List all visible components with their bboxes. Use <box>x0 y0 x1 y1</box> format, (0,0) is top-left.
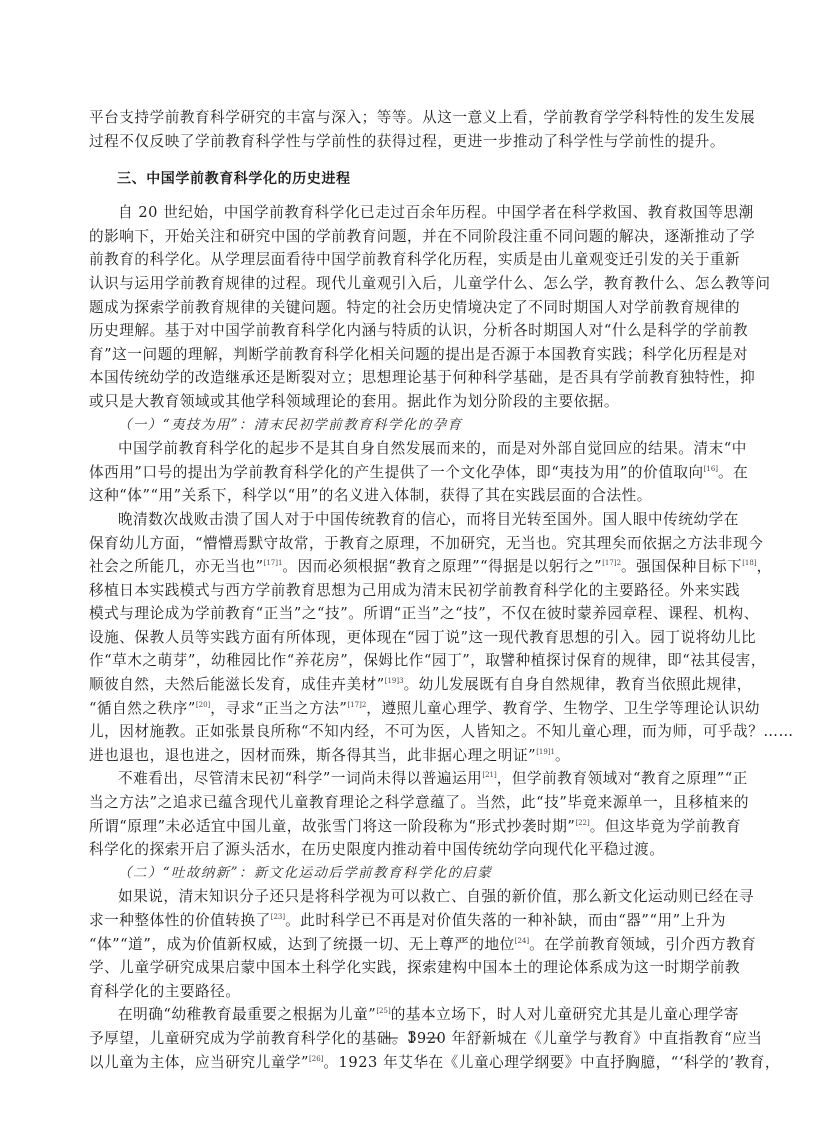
text-span: 。因而必须根据“教育之原理”“得据是以躬行之” <box>282 558 602 575</box>
text-span: “体”“道”，成为价值新权威，达到了统摄一切、无上尊严的地位 <box>89 936 515 953</box>
text-span: 。但这毕竟为学前教育 <box>590 818 741 835</box>
citation: [26] <box>309 1055 323 1063</box>
subsection-heading-1: （一）“夷技为用”：清末民初学前教育科学化的孕育 <box>89 414 739 438</box>
text-line: 这种“体”“用”关系下，科学以“用”的名义进入体制，获得了其在实践层面的合法性。 <box>89 484 739 508</box>
text-line: 过程不仅反映了学前教育科学性与学前性的获得过程，更进一步推动了科学性与学前性的提… <box>89 130 739 154</box>
text-span: “循自然之秩序” <box>89 700 196 717</box>
text-line: “循自然之秩序”[20]，寻求“正当之方法”[17]2，遵照儿童心理学、教育学、… <box>89 697 739 721</box>
citation: [17]1 <box>264 559 283 567</box>
text-span: 顺彼自然，夫然后能滋长发育，成佳卉美材” <box>89 676 385 693</box>
paragraph-5: 如果说，清末知识分子还只是将科学视为可以救亡、自强的新价值，那么新文化运动则已经… <box>89 885 739 1003</box>
text-span: 不难看出，尽管清末民初“科学”一词尚未得以普遍运用 <box>118 770 482 787</box>
text-line: 晚清数次战败击溃了国人对于中国传统教育的信心，而将目光转至国外。国人眼中传统幼学… <box>89 508 739 532</box>
text-span: 进也退也，退也进之，因材而殊，斯各得其当，此非据心理之明证” <box>89 747 536 764</box>
paragraph-3: 晚清数次战败击溃了国人对于中国传统教育的信心，而将目光转至国外。国人眼中传统幼学… <box>89 508 739 768</box>
text-line: 前教育的科学化。从学理层面看待中国学前教育科学化历程，实质是由儿童观变迁引发的关… <box>89 248 739 272</box>
text-line: 科学化的探索开启了源头活水，在历史限度内推动着中国传统幼学向现代化平稳过渡。 <box>89 838 739 862</box>
text-line: 顺彼自然，夫然后能滋长发育，成佳卉美材”[19]3。幼儿发展既有自身自然规律，教… <box>89 673 739 697</box>
citation: [19]3 <box>385 677 404 685</box>
citation: [19]1 <box>536 748 555 756</box>
text-line: 学、儿童学研究成果启蒙中国本土科学化实践，探索建构中国本土的理论体系成为这一时期… <box>89 956 739 980</box>
citation: [18] <box>742 559 756 567</box>
text-span: ，寻求“正当之方法” <box>210 700 347 717</box>
citation: [17]2 <box>347 701 366 709</box>
text-span: 。幼儿发展既有自身自然规律，教育当依照此规律， <box>404 676 752 693</box>
text-span: 的基本立场下，时人对儿童研究尤其是儿童心理学寄 <box>391 1006 739 1023</box>
text-span: 。强国保种目标下 <box>621 558 742 575</box>
page-number: — 3 — <box>0 1028 826 1046</box>
text-line: 育科学化的主要路径。 <box>89 980 739 1004</box>
text-span: 以儿童为主体，应当研究儿童学” <box>89 1054 309 1071</box>
text-line: 认识与运用学前教育规律的过程。现代儿童观引入后，儿童学什么、怎么学，教育教什么、… <box>89 272 739 296</box>
text-line: 平台支持学前教育科学研究的丰富与深入；等等。从这一意义上看，学前教育学学科特性的… <box>89 106 739 130</box>
text-line: 所谓“原理”未必适宜中国儿童，故张雪门将这一阶段称为“形式抄袭时期”[22]。但… <box>89 815 739 839</box>
paragraph-4: 不难看出，尽管清末民初“科学”一词尚未得以普遍运用[21]，但学前教育领域对“教… <box>89 767 739 861</box>
text-line: 以儿童为主体，应当研究儿童学”[26]。1923 年艾华在《儿童心理学纲要》中直… <box>89 1051 739 1075</box>
text-line: 如果说，清末知识分子还只是将科学视为可以救亡、自强的新价值，那么新文化运动则已经… <box>89 885 739 909</box>
citation: [21] <box>482 771 496 779</box>
citation: [17]2 <box>602 559 621 567</box>
paragraph-2: 中国学前教育科学化的起步不是其自身自然发展而来的，而是对外部自觉回应的结果。清末… <box>89 437 739 508</box>
text-line: 保育幼儿方面，“懵懵焉默守故常，于教育之原理，不加研究，无当也。究其理矣而依据之… <box>89 532 739 556</box>
text-line: 求一种整体性的价值转换了[23]。此时科学已不再是对价值失落的一种补缺，而由“器… <box>89 909 739 933</box>
text-line: 或只是大教育领域或其他学科领域理论的套用。据此作为划分阶段的主要依据。 <box>89 390 739 414</box>
text-line: 进也退也，退也进之，因材而殊，斯各得其当，此非据心理之明证”[19]1。 <box>89 744 739 768</box>
text-span: 体西用”口号的提出为学前教育科学化的产生提供了一个文化孕体，即“夷技为用”的价值… <box>89 464 704 481</box>
text-line: 本国传统幼学的改造继承还是断裂对立；思想理论基于何种科学基础，是否具有学前教育独… <box>89 366 739 390</box>
text-line: 在明确“幼稚教育最重要之根据为儿童”[25]的基本立场下，时人对儿童研究尤其是儿… <box>89 1003 739 1027</box>
text-span: ， <box>757 558 772 575</box>
document-page: 平台支持学前教育科学研究的丰富与深入；等等。从这一意义上看，学前教育学学科特性的… <box>89 106 739 1074</box>
paragraph-1: 自 20 世纪始，中国学前教育科学化已走过百余年历程。中国学者在科学救国、教育救… <box>89 201 739 413</box>
text-line: 育”这一问题的理解，判断学前教育科学化相关问题的提出是否源于本国教育实践；科学化… <box>89 343 739 367</box>
text-line: 体西用”口号的提出为学前教育科学化的产生提供了一个文化孕体，即“夷技为用”的价值… <box>89 461 739 485</box>
text-line: 设施、保教人员等实践方面有所体现，更体现在“园丁说”这一现代教育思想的引入。园丁… <box>89 626 739 650</box>
text-line: 作“草木之萌芽”，幼稚园比作“养花房”，保姆比作“园丁”，取譬种植探讨保育的规律… <box>89 649 739 673</box>
text-span: 。在学前教育领域，引介西方教育 <box>529 936 756 953</box>
citation: [23] <box>271 913 285 921</box>
text-line: 题成为探索学前教育规律的关键问题。特定的社会历史情境决定了不同时期国人对学前教育… <box>89 296 739 320</box>
text-line: 当之方法”之追求已蕴含现代儿童教育理论之科学意蕴了。当然，此“技”毕竟来源单一，… <box>89 791 739 815</box>
text-line: 的影响下，开始关注和研究中国的学前教育问题，并在不同阶段注重不同问题的解决，逐渐… <box>89 225 739 249</box>
citation: [16] <box>704 465 718 473</box>
text-span: 。1923 年艾华在《儿童心理学纲要》中直抒胸臆，“‘科学的’教育， <box>323 1054 780 1071</box>
section-heading: 三、中国学前教育科学化的历史进程 <box>89 167 739 191</box>
text-span: 。 <box>555 747 570 764</box>
intro-paragraph: 平台支持学前教育科学研究的丰富与深入；等等。从这一意义上看，学前教育学学科特性的… <box>89 106 739 153</box>
text-span: 社会之所能几，亦无当也” <box>89 558 264 575</box>
subsection-heading-2: （二）“吐故纳新”：新文化运动后学前教育科学化的启蒙 <box>89 862 739 886</box>
text-line: 不难看出，尽管清末民初“科学”一词尚未得以普遍运用[21]，但学前教育领域对“教… <box>89 767 739 791</box>
text-span: 。此时科学已不再是对价值失落的一种补缺，而由“器”“用”上升为 <box>285 912 726 929</box>
text-span: ，但学前教育领域对“教育之原理”“正 <box>497 770 748 787</box>
text-line: 移植日本实践模式与西方学前教育思想为己用成为清末民初学前教育科学化的主要路径。外… <box>89 579 739 603</box>
citation: [22] <box>575 819 589 827</box>
text-line: 自 20 世纪始，中国学前教育科学化已走过百余年历程。中国学者在科学救国、教育救… <box>89 201 739 225</box>
text-line: 模式与理论成为学前教育“正当”之“技”。所谓“正当”之“技”，不仅在彼时蒙养园章… <box>89 602 739 626</box>
text-span: 所谓“原理”未必适宜中国儿童，故张雪门将这一阶段称为“形式抄袭时期” <box>89 818 575 835</box>
text-line: “体”“道”，成为价值新权威，达到了统摄一切、无上尊严的地位[24]。在学前教育… <box>89 933 739 957</box>
citation: [25] <box>376 1007 390 1015</box>
text-span: 在明确“幼稚教育最重要之根据为儿童” <box>118 1006 376 1023</box>
citation: [24] <box>515 937 529 945</box>
text-line: 历史理解。基于对中国学前教育科学化内涵与特质的认识，分析各时期国人对“什么是科学… <box>89 319 739 343</box>
text-line: 中国学前教育科学化的起步不是其自身自然发展而来的，而是对外部自觉回应的结果。清末… <box>89 437 739 461</box>
citation: [20] <box>196 701 210 709</box>
text-span: 。在 <box>718 464 748 481</box>
text-line: 儿，因材施教。正如张景良所称“不知内经，不可为医，人皆知之。不知儿童心理，而为师… <box>89 720 739 744</box>
text-span: ，遵照儿童心理学、教育学、生物学、卫生学等理论认识幼 <box>366 700 760 717</box>
text-line: 社会之所能几，亦无当也”[17]1。因而必须根据“教育之原理”“得据是以躬行之”… <box>89 555 739 579</box>
text-span: 求一种整体性的价值转换了 <box>89 912 271 929</box>
